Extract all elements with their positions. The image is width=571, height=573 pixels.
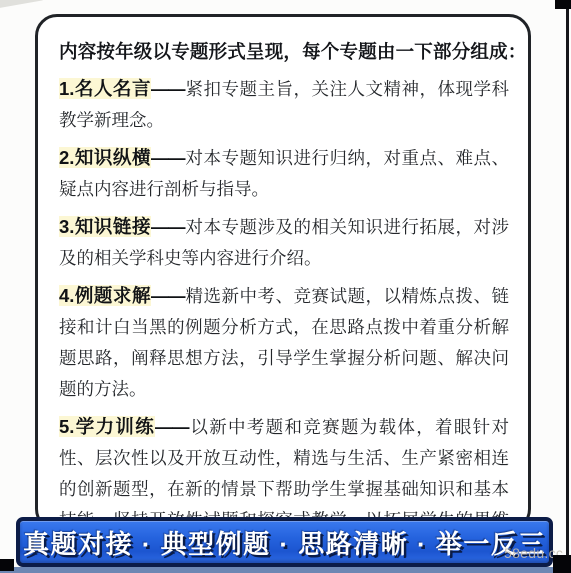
section-paragraph-4: 4.例题求解——精选新中考、竞赛试题，以精炼点拨、链接和计白当黑的例题分析方式，… (59, 280, 509, 405)
em-dash: —— (155, 417, 189, 437)
intro-line: 内容按年级以专题形式呈现，每个专题由一下部分组成： (59, 36, 509, 67)
section-heading: 2.知识纵横 (59, 147, 151, 168)
section-heading: 3.知识链接 (59, 216, 151, 237)
em-dash: —— (151, 79, 185, 99)
bottom-banner: 真题对接 · 典型例题 · 思路清晰 · 举一反三 (16, 517, 553, 567)
section-paragraph-3: 3.知识链接——对本专题涉及的相关知识进行拓展，对涉及的相关学科史等内容进行介绍… (59, 211, 509, 274)
scan-mark-bottom-left (0, 559, 14, 571)
scanned-page: 内容按年级以专题形式呈现，每个专题由一下部分组成： 1.名人名言——紧扣专题主旨… (0, 0, 571, 573)
section-paragraph-1: 1.名人名言——紧扣专题主旨，关注人文精神，体现学科教学新理念。 (59, 73, 509, 136)
scan-edge-line-right (566, 0, 569, 573)
section-heading: 1.名人名言 (59, 78, 151, 99)
scan-mark-top-right (555, 0, 571, 9)
section-heading: 5.学力训练 (59, 416, 155, 437)
em-dash: —— (151, 148, 185, 168)
banner-slogan: 真题对接 · 典型例题 · 思路清晰 · 举一反三 (23, 524, 546, 561)
scan-artifact-top-left (0, 0, 43, 9)
section-paragraph-2: 2.知识纵横——对本专题知识进行归纳，对重点、难点、疑点内容进行剖析与指导。 (59, 142, 509, 205)
scan-mark-bottom-right (553, 555, 571, 573)
section-heading: 4.例题求解 (59, 285, 151, 306)
em-dash: —— (151, 286, 185, 306)
em-dash: —— (151, 217, 185, 237)
content-box: 内容按年级以专题形式呈现，每个专题由一下部分组成： 1.名人名言——紧扣专题主旨… (35, 14, 531, 531)
bottom-edge-strip (0, 567, 571, 573)
